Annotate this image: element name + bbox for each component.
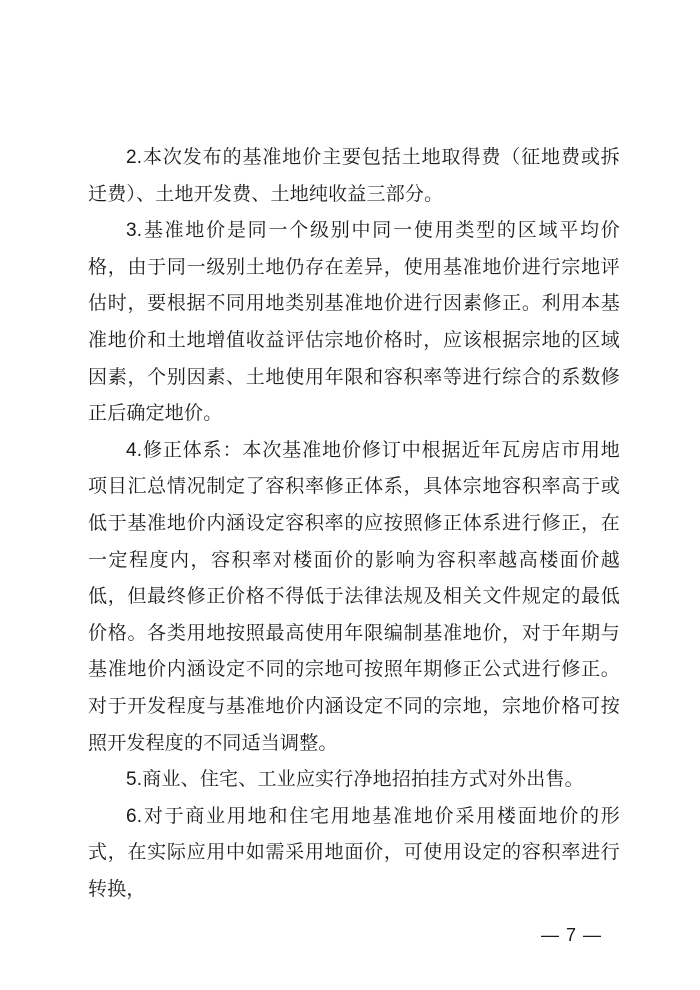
paragraph-item-2: 2.本次发布的基准地价主要包括土地取得费（征地费或拆迁费）、土地开发费、土地纯收… [88,140,620,213]
document-body: 2.本次发布的基准地价主要包括土地取得费（征地费或拆迁费）、土地开发费、土地纯收… [88,140,620,908]
page-number: — 7 — [541,925,602,945]
paragraph-item-5: 5.商业、住宅、工业应实行净地招拍挂方式对外出售。 [88,762,620,799]
page-footer: — 7 — [517,899,602,971]
paragraph-item-4: 4.修正体系：本次基准地价修订中根据近年瓦房店市用地项目汇总情况制定了容积率修正… [88,433,620,762]
document-page: 2.本次发布的基准地价主要包括土地取得费（征地费或拆迁费）、土地开发费、土地纯收… [0,0,700,990]
paragraph-item-6: 6.对于商业用地和住宅用地基准地价采用楼面地价的形式，在实际应用中如需采用地面价… [88,799,620,909]
paragraph-item-3: 3.基准地价是同一个级别中同一使用类型的区域平均价格，由于同一级别土地仍存在差异… [88,213,620,433]
